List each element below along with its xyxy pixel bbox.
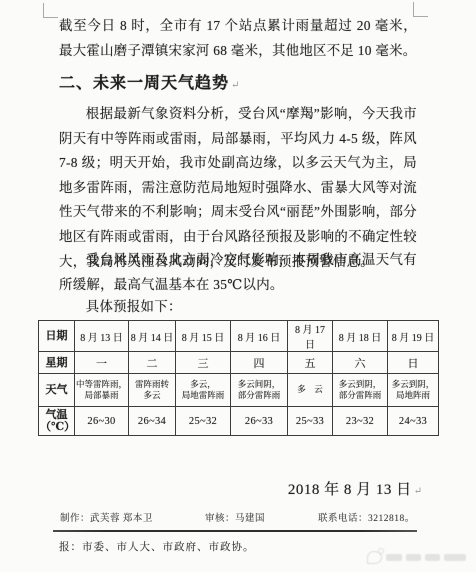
section-heading: 二、未来一周天气趋势↵	[59, 70, 239, 93]
document-date: 2018 年 8 月 13 日↵	[288, 478, 422, 499]
temperature-cell: 26~30	[75, 407, 129, 436]
weekday-cell: 一	[75, 352, 129, 374]
weekday-cell: 六	[333, 352, 388, 374]
row-label-date: 日期	[39, 321, 75, 352]
temperature-cell: 23~32	[333, 407, 388, 436]
paragraph-mark: ↵	[414, 486, 422, 497]
row-label-weekday: 星期	[39, 352, 75, 374]
date-cell: 8 月 17 日	[288, 321, 333, 352]
watermark-logo-icon	[367, 551, 382, 564]
distribution-line: 报：市委、市人大、市政府、市政协。	[59, 539, 255, 554]
forecast-table: 日期 8 月 13 日 8 月 14 日 8 月 15 日 8 月 16 日 8…	[38, 320, 439, 436]
table-row-dates: 日期 8 月 13 日 8 月 14 日 8 月 15 日 8 月 16 日 8…	[39, 321, 439, 352]
date-cell: 8 月 14 日	[129, 321, 176, 352]
table-row-temperature: 气温 （℃） 26~30 26~34 25~32 26~33 25~33 23~…	[39, 407, 439, 436]
table-lead-line: 具体预报如下：	[59, 295, 417, 320]
temperature-cell: 25~33	[288, 407, 333, 436]
table-row-weather: 天气 中等雷阵雨， 局部暴雨 雷阵雨转 多云 多云， 局地雷阵雨 多云间阴， 部…	[39, 374, 439, 407]
temperature-cell: 24~33	[388, 407, 439, 436]
producer-label: 制作：武芙蓉 郑本卫	[60, 510, 153, 524]
document-date-text: 2018 年 8 月 13 日	[288, 482, 412, 498]
watermark-text-blur	[386, 554, 402, 561]
footer-divider-line	[53, 530, 417, 532]
date-cell: 8 月 13 日	[75, 321, 129, 352]
date-cell: 8 月 18 日	[333, 321, 388, 352]
table-row-weekdays: 星期 一 二 三 四 五 六 日	[39, 352, 439, 374]
weather-cell: 多 云	[288, 374, 333, 407]
date-cell: 8 月 15 日	[176, 321, 231, 352]
temperature-paragraph: 受台风风雨及北方弱冷空气影响，本周我市高温天气有所缓解，最高气温基本在 35℃以…	[59, 248, 417, 297]
weibo-watermark	[367, 551, 466, 564]
watermark-text-blur	[406, 554, 421, 561]
weather-cell: 多云到阴， 部分雷阵雨	[333, 374, 388, 407]
section-heading-text: 二、未来一周天气趋势	[59, 75, 229, 92]
weather-cell: 多云到阴， 局地阵雨	[388, 374, 439, 407]
weather-cell: 多云间阴， 部分雷阵雨	[231, 374, 288, 407]
paragraph-mark: ↵	[231, 80, 239, 91]
weekday-cell: 三	[176, 352, 231, 374]
watermark-text-blur	[425, 554, 440, 561]
weekday-cell: 二	[129, 352, 176, 374]
text-boundary-mark-top-left	[43, 3, 58, 18]
weather-cell: 中等雷阵雨， 局部暴雨	[75, 374, 129, 407]
contact-phone-label: 联系电话：3212818。	[318, 510, 415, 524]
temperature-cell: 25~32	[176, 407, 231, 436]
weather-cell: 雷阵雨转 多云	[129, 374, 176, 407]
weekday-cell: 日	[388, 352, 439, 374]
row-label-weather: 天气	[39, 374, 75, 407]
row-label-temperature: 气温 （℃）	[39, 407, 75, 436]
temperature-cell: 26~33	[231, 407, 288, 436]
temperature-cell: 26~34	[129, 407, 176, 436]
document-page: 截至今日 8 时，全市有 17 个站点累计雨量超过 20 毫米，最大霍山磨子潭镇…	[0, 0, 476, 572]
date-cell: 8 月 19 日	[388, 321, 439, 352]
reviewer-label: 审核：马建国	[205, 510, 265, 524]
intro-paragraph: 截至今日 8 时，全市有 17 个站点累计雨量超过 20 毫米，最大霍山磨子潭镇…	[59, 14, 417, 63]
watermark-text-blur	[444, 554, 466, 561]
weekday-cell: 五	[288, 352, 333, 374]
date-cell: 8 月 16 日	[231, 321, 288, 352]
weekday-cell: 四	[231, 352, 288, 374]
credits-row: 制作：武芙蓉 郑本卫 审核：马建国 联系电话：3212818。	[0, 510, 476, 526]
weather-cell: 多云， 局地雷阵雨	[176, 374, 231, 407]
